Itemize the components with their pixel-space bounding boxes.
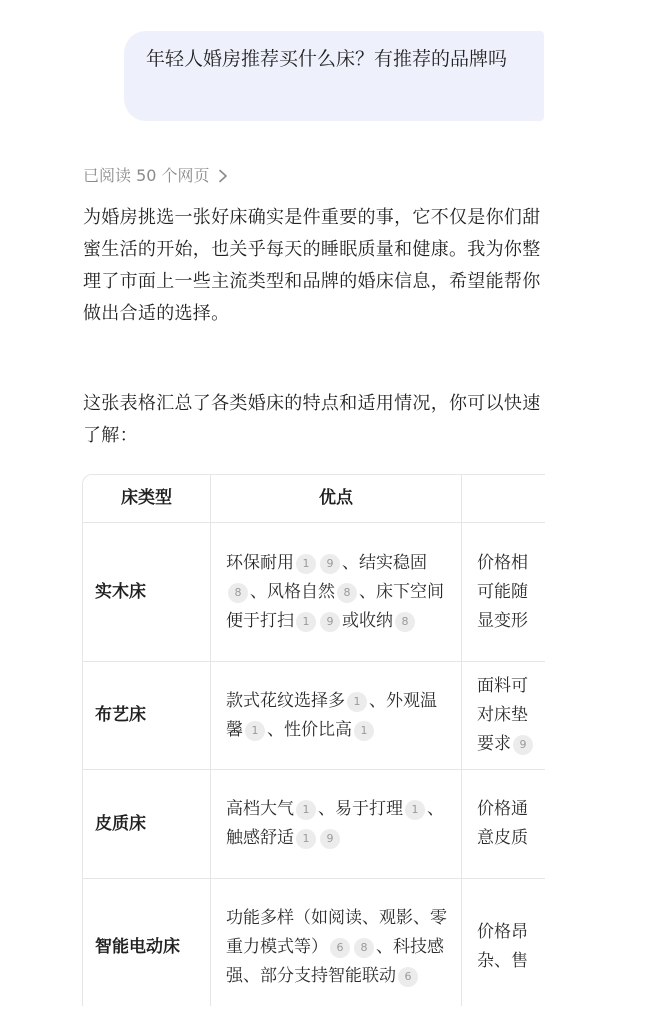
- citation-badge[interactable]: 9: [320, 829, 340, 849]
- table-row: 皮质床 高档大气1、易于打理1、触感舒适19 价格通 意皮质: [82, 770, 545, 879]
- cons-line: 价格相: [477, 549, 545, 578]
- pros-cell: 款式花纹选择多1、外观温馨1、性价比高1: [211, 662, 462, 770]
- user-message-text: 年轻人婚房推荐买什么床？有推荐的品牌吗: [146, 48, 507, 70]
- bed-type-table-scroll[interactable]: 床类型 优点 实木床 环保耐用19、结实稳固8、风格自然8、床下空间便于打扫19…: [82, 474, 545, 1006]
- cons-line: 要求: [477, 734, 511, 754]
- chevron-right-icon: [218, 169, 228, 183]
- bed-type-cell: 皮质床: [82, 770, 211, 879]
- citation-badge[interactable]: 9: [320, 554, 340, 574]
- bed-type-cell: 实木床: [82, 523, 211, 662]
- table-row: 智能电动床 功能多样（如阅读、观影、零重力模式等）68、科技感强、部分支持智能联…: [82, 879, 545, 1006]
- cons-line: 价格昂: [477, 918, 545, 947]
- citation-badge[interactable]: 9: [513, 735, 533, 755]
- citation-badge[interactable]: 1: [347, 692, 367, 712]
- citation-badge[interactable]: 1: [245, 721, 265, 741]
- citation-badge[interactable]: 8: [395, 612, 415, 632]
- citation-badge[interactable]: 1: [296, 800, 316, 820]
- citation-badge[interactable]: 1: [296, 829, 316, 849]
- pros-text: 款式花纹选择多: [226, 691, 345, 711]
- pros-text: 、风格自然: [250, 582, 335, 602]
- cons-line: 意皮质: [477, 824, 545, 853]
- pros-text: 环保耐用: [226, 553, 294, 573]
- citation-badge[interactable]: 8: [228, 583, 248, 603]
- cons-cell: 价格昂 杂、售: [462, 879, 545, 1006]
- cons-line: 价格通: [477, 795, 545, 824]
- pros-text: 、性价比高: [267, 720, 352, 740]
- cons-cell: 价格相 可能随 显变形: [462, 523, 545, 662]
- citation-badge[interactable]: 8: [354, 938, 374, 958]
- table-lead-text: 这张表格汇总了各类婚床的特点和适用情况，你可以快速了解：: [83, 388, 545, 452]
- user-message-bubble: 年轻人婚房推荐买什么床？有推荐的品牌吗: [124, 31, 544, 121]
- answer-intro: 为婚房挑选一张好床确实是件重要的事，它不仅是你们甜蜜生活的开始，也关乎每天的睡眠…: [83, 202, 545, 330]
- citation-badge[interactable]: 6: [330, 938, 350, 958]
- table-header-row: 床类型 优点: [82, 474, 545, 523]
- header-bed-type: 床类型: [82, 474, 211, 523]
- sources-read-link[interactable]: 已阅读 50 个网页: [83, 162, 228, 190]
- pros-text: 或收纳: [342, 611, 393, 631]
- cons-cell: 价格通 意皮质: [462, 770, 545, 879]
- bed-type-cell: 布艺床: [82, 662, 211, 770]
- citation-badge[interactable]: 1: [405, 800, 425, 820]
- citation-badge[interactable]: 9: [320, 612, 340, 632]
- cons-line: 面料可: [477, 672, 545, 701]
- pros-cell: 环保耐用19、结实稳固8、风格自然8、床下空间便于打扫19或收纳8: [211, 523, 462, 662]
- cons-line: 对床垫: [477, 701, 545, 730]
- table-row: 实木床 环保耐用19、结实稳固8、风格自然8、床下空间便于打扫19或收纳8 价格…: [82, 523, 545, 662]
- cons-line: 可能随: [477, 578, 545, 607]
- header-pros: 优点: [211, 474, 462, 523]
- citation-badge[interactable]: 1: [354, 721, 374, 741]
- pros-text: 、结实稳固: [342, 553, 427, 573]
- pros-text: 高档大气: [226, 799, 294, 819]
- pros-cell: 功能多样（如阅读、观影、零重力模式等）68、科技感强、部分支持智能联动6: [211, 879, 462, 1006]
- citation-badge[interactable]: 1: [296, 554, 316, 574]
- citation-badge[interactable]: 8: [337, 583, 357, 603]
- table-row: 布艺床 款式花纹选择多1、外观温馨1、性价比高1 面料可 对床垫 要求9: [82, 662, 545, 770]
- bed-type-table: 床类型 优点 实木床 环保耐用19、结实稳固8、风格自然8、床下空间便于打扫19…: [82, 474, 545, 1006]
- cons-cell: 面料可 对床垫 要求9: [462, 662, 545, 770]
- citation-badge[interactable]: 1: [296, 612, 316, 632]
- header-cons: [462, 474, 545, 523]
- cons-line: 杂、售: [477, 947, 545, 976]
- bed-type-cell: 智能电动床: [82, 879, 211, 1006]
- cons-line: 显变形: [477, 607, 545, 636]
- citation-badge[interactable]: 6: [398, 967, 418, 987]
- pros-cell: 高档大气1、易于打理1、触感舒适19: [211, 770, 462, 879]
- pros-text: 、易于打理: [318, 799, 403, 819]
- sources-read-label: 已阅读 50 个网页: [83, 162, 210, 190]
